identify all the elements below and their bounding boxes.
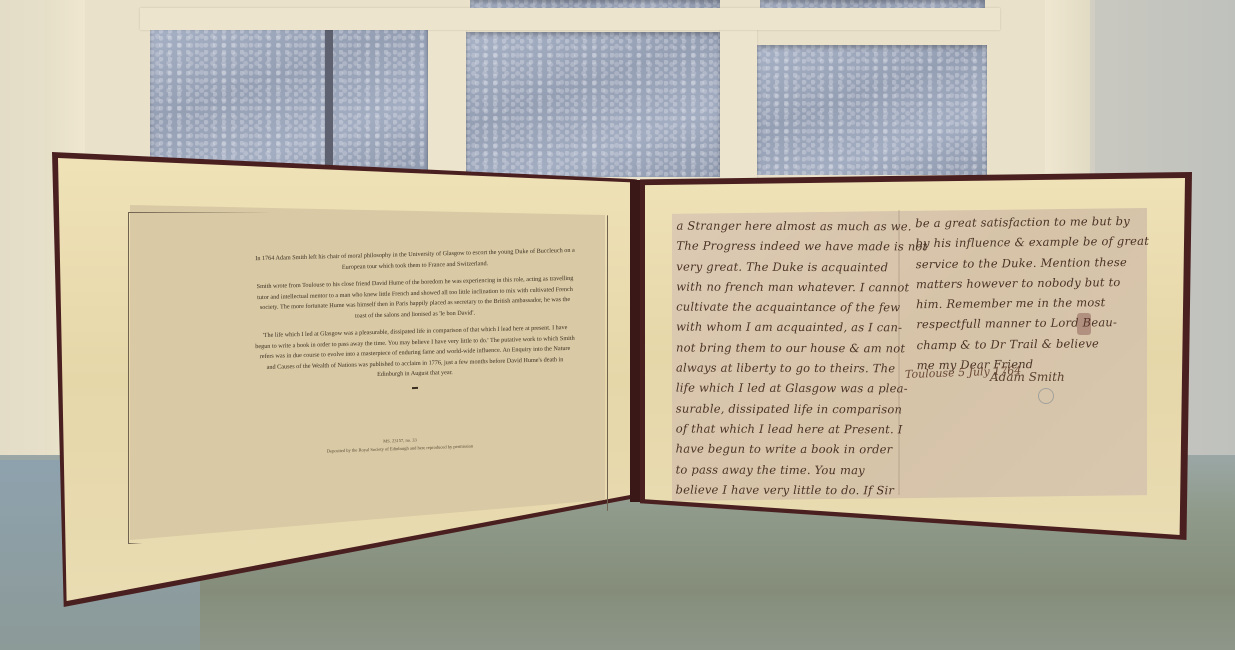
- window-mullion-1: [428, 10, 466, 180]
- letter-line: always at liberty to go to theirs. The: [676, 358, 927, 379]
- letter-line: The Progress indeed we have made is not: [676, 236, 927, 257]
- letter-line: a Stranger here almost as much as we.: [676, 216, 927, 237]
- letter-line: by his influence & example be of great: [915, 231, 1149, 254]
- letter-line: service to the Duke. Mention these: [916, 251, 1150, 274]
- note-paragraph-2: Smith wrote from Toulouse to his close f…: [255, 274, 575, 324]
- archive-stamp: [1038, 388, 1054, 404]
- window-pane-right: [757, 45, 987, 175]
- letter-line: matters however to nobody but to: [916, 272, 1150, 295]
- letter-line: be a great satisfaction to me but by: [915, 211, 1149, 234]
- letter-signature: Adam Smith: [990, 370, 1065, 384]
- letter-line: not bring them to our house & am not: [676, 337, 927, 358]
- window-pane-left: [150, 22, 428, 172]
- window-mullion-2: [720, 10, 757, 180]
- note-paragraph-3: 'The life which I led at Glasgow was a p…: [255, 323, 575, 384]
- letter-line: him. Remember me in the most: [916, 292, 1150, 315]
- letter-column-1: a Stranger here almost as much as we. Th…: [676, 216, 928, 501]
- letter-line: of that which I lead here at Present. I: [676, 419, 927, 440]
- letter-column-2: be a great satisfaction to me but by by …: [915, 211, 1150, 376]
- letter-line: believe I have very little to do. If Sir: [676, 479, 927, 500]
- note-text: In 1764 Adam Smith left his chair of mor…: [255, 246, 575, 393]
- letter-line: have begun to write a book in order: [676, 439, 927, 460]
- letter-line: respectfull manner to Lord Beau-: [916, 312, 1150, 335]
- letter-line: surable, dissipated life in comparison: [676, 398, 927, 419]
- ornament-dash: [412, 386, 418, 388]
- letter-line: cultivate the acquaintance of the few: [676, 297, 927, 318]
- window-pane-center: [466, 32, 720, 177]
- letter-line: champ & to Dr Trail & believe: [916, 333, 1150, 356]
- window-rail: [140, 8, 1000, 30]
- letter-line: to pass away the time. You may: [676, 459, 927, 480]
- letter-line: very great. The Duke is acquainted: [676, 256, 927, 277]
- letter-line: with whom I am acquainted, as I can-: [676, 317, 927, 338]
- photo-scene: In 1764 Adam Smith left his chair of mor…: [0, 0, 1235, 650]
- wax-seal-trace: [1077, 313, 1091, 335]
- letter-line: life which I led at Glasgow was a plea-: [676, 378, 927, 399]
- window-bar: [325, 22, 333, 172]
- letter-line: with no french man whatever. I cannot: [676, 276, 927, 297]
